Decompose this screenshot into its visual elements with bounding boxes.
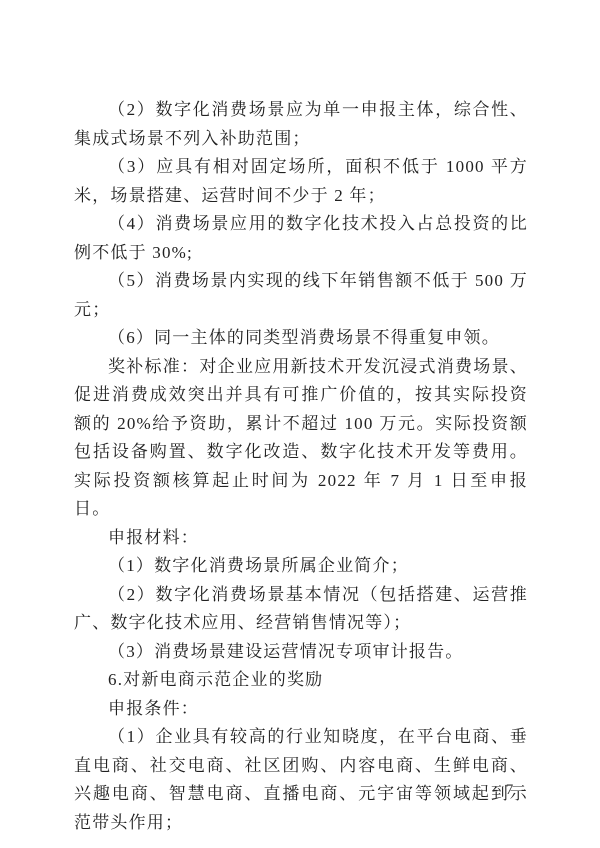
document-body: （2）数字化消费场景应为单一申报主体，综合性、集成式场景不列入补助范围； （3）… (74, 96, 528, 837)
document-page: （2）数字化消费场景应为单一申报主体，综合性、集成式场景不列入补助范围； （3）… (0, 0, 600, 848)
page-number: - 7 - (493, 782, 528, 799)
paragraph: （4）消费场景应用的数字化技术投入占总投资的比例不低于 30%; (74, 210, 528, 267)
paragraph: 奖补标准：对企业应用新技术开发沉浸式消费场景、促进消费成效突出并具有可推广价值的… (74, 353, 528, 524)
paragraph: 申报材料： (74, 524, 528, 553)
paragraph: （1）数字化消费场景所属企业简介； (74, 552, 528, 581)
paragraph: （3）消费场景建设运营情况专项审计报告。 (74, 638, 528, 667)
paragraph: （3）应具有相对固定场所，面积不低于 1000 平方米，场景搭建、运营时间不少于… (74, 153, 528, 210)
paragraph: （6）同一主体的同类型消费场景不得重复申领。 (74, 324, 528, 353)
paragraph: （1）企业具有较高的行业知晓度，在平台电商、垂直电商、社交电商、社区团购、内容电… (74, 723, 528, 837)
paragraph: 申报条件： (74, 695, 528, 724)
paragraph: （5）消费场景内实现的线下年销售额不低于 500 万元； (74, 267, 528, 324)
paragraph: （2）数字化消费场景应为单一申报主体，综合性、集成式场景不列入补助范围； (74, 96, 528, 153)
paragraph: （2）数字化消费场景基本情况（包括搭建、运营推广、数字化技术应用、经营销售情况等… (74, 581, 528, 638)
paragraph: 6.对新电商示范企业的奖励 (74, 666, 528, 695)
